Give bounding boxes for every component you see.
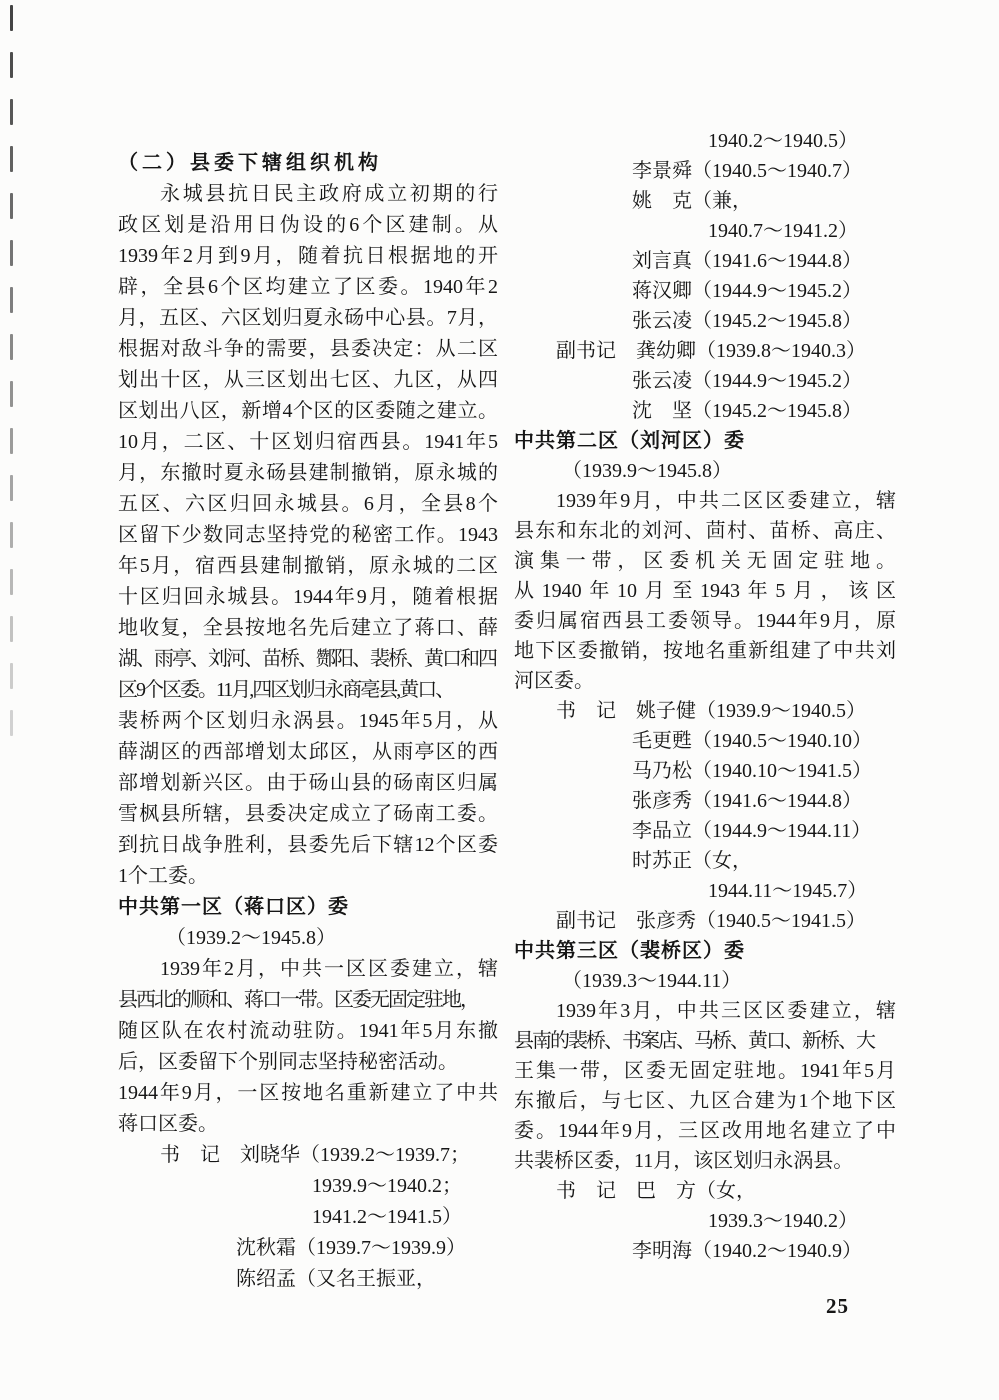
text-line: 永城县抗日民主政府成立初期的行 — [118, 179, 498, 210]
text-line: （1939.3～1944.11） — [514, 966, 896, 996]
text-line: 1939.3～1940.2） — [514, 1206, 896, 1236]
text-line: 书 记 巴 方（女， — [514, 1176, 896, 1206]
text-line: 演集一带，区委机关无固定驻地。 — [514, 546, 896, 576]
text-line: 十区归回永城县。1944年9月，随着根据 — [118, 582, 498, 613]
text-line: 五区、六区归回永城县。6月，全县8个 — [118, 489, 498, 520]
text-line: 区划出八区，新增4个区的区委随之建立。 — [118, 396, 498, 427]
text-line: 姚 克（兼， — [514, 186, 896, 216]
text-line: 部增划新兴区。由于砀山县的砀南区归属 — [118, 768, 498, 799]
text-line: 1944.11～1945.7） — [514, 876, 896, 906]
binding-mark — [10, 663, 13, 689]
page-number: 25 — [826, 1294, 849, 1319]
text-line: 10月，二区、十区划归宿西县。1941年5 — [118, 427, 498, 458]
left-text-column: （二）县委下辖组织机构永城县抗日民主政府成立初期的行政区划是沿用日伪设的6个区建… — [118, 148, 498, 1295]
text-line: 地下区委撤销，按地名重新组建了中共刘 — [514, 636, 896, 666]
scanned-book-page: （二）县委下辖组织机构永城县抗日民主政府成立初期的行政区划是沿用日伪设的6个区建… — [0, 0, 999, 1400]
binding-mark — [10, 616, 13, 642]
text-line: 薛湖区的西部增划太邱区，从雨亭区的西 — [118, 737, 498, 768]
text-line: 湖、雨亭、刘河、苗桥、酂阳、裴桥、黄口和四 — [118, 644, 498, 675]
text-line: 政区划是沿用日伪设的6个区建制。从 — [118, 210, 498, 241]
text-line: 中共第二区（刘河区）委 — [514, 426, 896, 456]
binding-mark — [10, 475, 13, 501]
text-line: 李明海（1940.2～1940.9） — [514, 1236, 896, 1266]
text-line: 蒋汉卿（1944.9～1945.2） — [514, 276, 896, 306]
text-line: 到抗日战争胜利，县委先后下辖12个区委 — [118, 830, 498, 861]
text-line: 1941.2～1941.5） — [118, 1202, 498, 1233]
text-line: 李景舜（1940.5～1940.7） — [514, 156, 896, 186]
text-line: 县西北的顺和、蒋口一带。区委无固定驻地， — [118, 985, 498, 1016]
text-line: 王集一带，区委无固定驻地。1941年5月 — [514, 1056, 896, 1086]
text-line: 年5月，宿西县建制撤销，原永城的二区 — [118, 551, 498, 582]
text-line: 雪枫县所辖，县委决定成立了砀南工委。 — [118, 799, 498, 830]
binding-mark — [10, 146, 13, 172]
text-line: 共裴桥区委，11月，该区划归永涡县。 — [514, 1146, 896, 1176]
text-line: 月，五区、六区划归夏永砀中心县。7月， — [118, 303, 498, 334]
text-line: （二）县委下辖组织机构 — [118, 148, 498, 179]
text-line: 1939年2月，中共一区区委建立，辖 — [118, 954, 498, 985]
text-line: 1939.9～1940.2； — [118, 1171, 498, 1202]
binding-mark — [10, 569, 13, 595]
binding-mark — [10, 5, 13, 31]
text-line: 从1940年10月至1943年5月，该区 — [514, 576, 896, 606]
text-line: 张云凌（1944.9～1945.2） — [514, 366, 896, 396]
text-line: 副书记 龚幼卿（1939.8～1940.3） — [514, 336, 896, 366]
binding-mark — [10, 334, 13, 360]
text-line: 毛更甦（1940.5～1940.10） — [514, 726, 896, 756]
text-line: 沈 坚（1945.2～1945.8） — [514, 396, 896, 426]
text-line: 划出十区，从三区划出七区、九区，从四 — [118, 365, 498, 396]
binding-mark — [10, 522, 13, 548]
text-line: 书 记 刘晓华（1939.2～1939.7； — [118, 1140, 498, 1171]
text-line: 河区委。 — [514, 666, 896, 696]
text-line: 委。1944年9月，三区改用地名建立了中 — [514, 1116, 896, 1146]
text-line: 张彦秀（1941.6～1944.8） — [514, 786, 896, 816]
text-line: 1940.2～1940.5） — [514, 126, 896, 156]
binding-mark — [10, 193, 13, 219]
binding-mark — [10, 381, 13, 407]
text-line: 区留下少数同志坚持党的秘密工作。1943 — [118, 520, 498, 551]
text-line: 张云凌（1945.2～1945.8） — [514, 306, 896, 336]
text-line: 区9个区委。11月,四区划归永商亳县,黄口、 — [118, 675, 498, 706]
text-line: 时苏正（女， — [514, 846, 896, 876]
text-line: 1944年9月，一区按地名重新建立了中共 — [118, 1078, 498, 1109]
text-line: 1939年2月到9月，随着抗日根据地的开 — [118, 241, 498, 272]
text-line: 中共第一区（蒋口区）委 — [118, 892, 498, 923]
text-line: （1939.9～1945.8） — [514, 456, 896, 486]
right-text-column: 1940.2～1940.5）李景舜（1940.5～1940.7）姚 克（兼，19… — [514, 126, 896, 1266]
text-line: 1939年3月，中共三区区委建立，辖 — [514, 996, 896, 1026]
text-line: （1939.2～1945.8） — [118, 923, 498, 954]
binding-mark — [10, 428, 13, 454]
binding-mark — [10, 99, 13, 125]
text-line: 马乃松（1940.10～1941.5） — [514, 756, 896, 786]
text-line: 1940.7～1941.2） — [514, 216, 896, 246]
text-line: 随区队在农村流动驻防。1941年5月东撤 — [118, 1016, 498, 1047]
text-line: 裴桥两个区划归永涡县。1945年5月，从 — [118, 706, 498, 737]
text-line: 副书记 张彦秀（1940.5～1941.5） — [514, 906, 896, 936]
binding-mark — [10, 240, 13, 266]
text-line: 县南的裴桥、书案店、马桥、黄口、新桥、大 — [514, 1026, 896, 1056]
text-line: 刘言真（1941.6～1944.8） — [514, 246, 896, 276]
text-line: 后，区委留下个别同志坚持秘密活动。 — [118, 1047, 498, 1078]
text-line: 县东和东北的刘河、茴村、苗桥、高庄、 — [514, 516, 896, 546]
binding-mark — [10, 52, 13, 78]
text-line: 蒋口区委。 — [118, 1109, 498, 1140]
text-line: 委归属宿西县工委领导。1944年9月，原 — [514, 606, 896, 636]
text-line: 东撤后，与七区、九区合建为1个地下区 — [514, 1086, 896, 1116]
binding-mark — [10, 287, 13, 313]
text-line: 1939年9月，中共二区区委建立，辖 — [514, 486, 896, 516]
text-line: 书 记 姚子健（1939.9～1940.5） — [514, 696, 896, 726]
text-line: 中共第三区（裴桥区）委 — [514, 936, 896, 966]
text-line: 地收复，全县按地名先后建立了蒋口、薛 — [118, 613, 498, 644]
text-line: 沈秋霜（1939.7～1939.9） — [118, 1233, 498, 1264]
text-line: 陈绍孟（又名王振亚， — [118, 1264, 498, 1295]
text-line: 李品立（1944.9～1944.11） — [514, 816, 896, 846]
binding-mark — [10, 710, 13, 736]
text-line: 辟，全县6个区均建立了区委。1940年2 — [118, 272, 498, 303]
text-line: 根据对敌斗争的需要，县委决定：从二区 — [118, 334, 498, 365]
text-line: 月，东撤时夏永砀县建制撤销，原永城的 — [118, 458, 498, 489]
text-line: 1个工委。 — [118, 861, 498, 892]
